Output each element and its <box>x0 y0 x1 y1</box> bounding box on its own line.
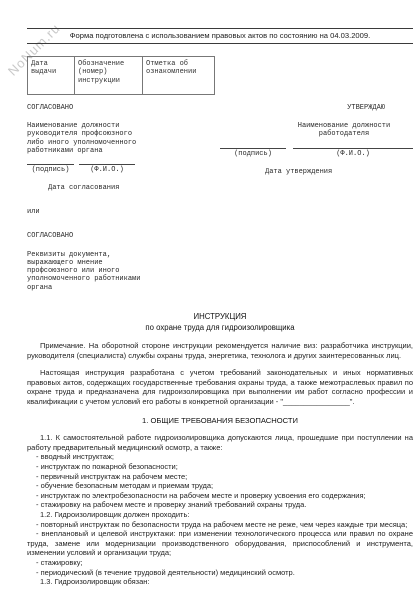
issue-table-col-number: Обозначение (номер) инструкции <box>75 57 143 95</box>
section1-body: 1.1. К самостоятельной работе гидроизоли… <box>27 433 413 587</box>
agreed-label: СОГЛАСОВАНО <box>27 104 177 112</box>
agreed-document-text: Реквизиты документа, выражающего мнение … <box>27 251 177 292</box>
agreed-date-caption: Дата согласования <box>48 184 177 192</box>
approved-date-caption: Дата утверждения <box>265 168 413 176</box>
agreed-position-text: Наименование должности руководителя проф… <box>27 122 177 155</box>
agreed-name-field: (Ф.И.О.) <box>79 164 135 174</box>
instruction-paragraph: 1.3. Гидроизолировщик обязан: <box>27 577 413 587</box>
instruction-list-item: - инструктаж по электробезопасности на р… <box>27 491 413 501</box>
document-content: Форма подготовлена с использованием прав… <box>0 28 420 587</box>
approved-name-field: (Ф.И.О.) <box>293 148 413 158</box>
approved-signature-field: (подпись) <box>220 148 286 158</box>
issue-table: Дата выдачи Обозначение (номер) инструкц… <box>27 56 215 95</box>
approval-blocks: СОГЛАСОВАНО Наименование должности руков… <box>27 104 413 292</box>
instruction-list-item: - стажировку; <box>27 558 413 568</box>
instruction-paragraph: 1.2. Гидроизолировщик должен проходить: <box>27 510 413 520</box>
instruction-list-item: - внеплановый и целевой инструктажи: при… <box>27 529 413 558</box>
agreed-label-2: СОГЛАСОВАНО <box>27 232 177 240</box>
agreed-signature-row: (подпись) (Ф.И.О.) <box>27 164 177 174</box>
instruction-list-item: - обучение безопасным методам и приемам … <box>27 481 413 491</box>
document-title: ИНСТРУКЦИЯ по охране труда для гидроизол… <box>27 312 413 333</box>
instruction-paragraph: 1.1. К самостоятельной работе гидроизоли… <box>27 433 413 452</box>
note-paragraph: Примечание. На оборотной стороне инструк… <box>27 341 413 360</box>
scope-paragraph: Настоящая инструкция разработана с учето… <box>27 368 413 406</box>
issue-table-header-row: Дата выдачи Обозначение (номер) инструкц… <box>28 57 215 95</box>
approved-block: УТВЕРЖДАЮ Наименование должности работод… <box>217 104 413 292</box>
issue-table-col-date: Дата выдачи <box>28 57 75 95</box>
instruction-list-item: - стажировку на рабочем месте и проверку… <box>27 500 413 510</box>
agreed-signature-field: (подпись) <box>27 164 74 174</box>
issue-table-col-ack: Отметка об ознакомлении <box>143 57 215 95</box>
instruction-list-item: - вводный инструктаж; <box>27 452 413 462</box>
instruction-list-item: - периодический (в течение трудовой деят… <box>27 568 413 578</box>
document-title-line1: ИНСТРУКЦИЯ <box>27 312 413 323</box>
instruction-list-item: - первичный инструктаж на рабочем месте; <box>27 472 413 482</box>
agreed-block: СОГЛАСОВАНО Наименование должности руков… <box>27 104 177 292</box>
section1-heading: 1. ОБЩИЕ ТРЕБОВАНИЯ БЕЗОПАСНОСТИ <box>27 416 413 426</box>
document-page: NoNum.ru Форма подготовлена с использова… <box>0 0 420 600</box>
or-label: или <box>27 208 177 216</box>
approved-position-text: Наименование должности работодателя <box>275 122 413 139</box>
form-preparation-note: Форма подготовлена с использованием прав… <box>27 28 413 44</box>
document-title-line2: по охране труда для гидроизолировщика <box>27 323 413 334</box>
approved-signature-row: (подпись) (Ф.И.О.) <box>217 148 413 158</box>
instruction-list-item: - инструктаж по пожарной безопасности; <box>27 462 413 472</box>
instruction-list-item: - повторный инструктаж по безопасности т… <box>27 520 413 530</box>
approved-label: УТВЕРЖДАЮ <box>217 104 413 112</box>
